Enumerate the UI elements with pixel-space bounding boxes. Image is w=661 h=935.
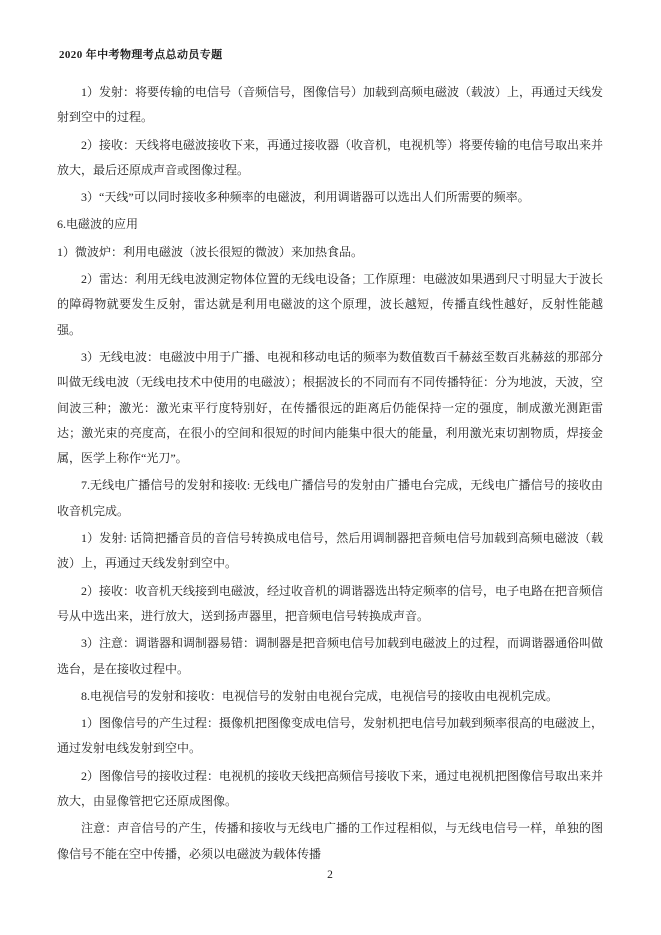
para-microwave-oven: 1）微波炉：利用电磁波（波长很短的微波）来加热食品。 xyxy=(57,240,603,265)
para-image-signal-generation: 1）图像信号的产生过程：摄像机把图像变成电信号，发射机把电信号加载到频率很高的电… xyxy=(57,711,603,762)
para-tuner-modulator-note: 3）注意：调谐器和调制器易错：调制器是把音频电信号加载到电磁波上的过程，而调谐器… xyxy=(57,631,603,682)
page-number: 2 xyxy=(57,869,603,881)
para-transmit-definition: 1）发射：将要传输的电信号（音频信号，图像信号）加载到高频电磁波（载波）上，再通… xyxy=(57,80,603,131)
para-broadcast-transmit: 1）发射: 话筒把播音员的音信号转换成电信号，然后用调制器把音频电信号加载到高频… xyxy=(57,526,603,577)
heading-radio-broadcast: 7.无线电广播信号的发射和接收: 无线电广播信号的发射由广播电台完成，无线电广播… xyxy=(57,473,603,524)
para-receive-definition: 2）接收：天线将电磁波接收下来，再通过接收器（收音机，电视机等）将要传输的电信号… xyxy=(57,133,603,184)
para-radar: 2）雷达：利用无线电波测定物体位置的无线电设备；工作原理：电磁波如果遇到尺寸明显… xyxy=(57,267,603,343)
para-broadcast-receive: 2）接收：收音机天线接到电磁波，经过收音机的调谐器选出特定频率的信号，电子电路在… xyxy=(57,579,603,630)
document-header-title: 2020 年中考物理考点总动员专题 xyxy=(59,46,223,62)
heading-em-wave-applications: 6.电磁波的应用 xyxy=(57,212,603,237)
para-radio-waves-and-laser: 3）无线电波：电磁波中用于广播、电视和移动电话的频率为数值数百千赫兹至数百兆赫兹… xyxy=(57,345,603,471)
para-image-signal-reception: 2）图像信号的接收过程：电视机的接收天线把高频信号接收下来，通过电视机把图像信号… xyxy=(57,764,603,815)
document-page: 2020 年中考物理考点总动员专题 1）发射：将要传输的电信号（音频信号，图像信… xyxy=(0,0,661,935)
para-antenna-note: 3）“天线”可以同时接收多种频率的电磁波，利用调谐器可以选出人们所需要的频率。 xyxy=(57,185,603,210)
para-sound-signal-note: 注意：声音信号的产生，传播和接收与无线电广播的工作过程相似，与无线电信号一样，单… xyxy=(57,816,603,867)
document-body: 1）发射：将要传输的电信号（音频信号，图像信号）加载到高频电磁波（载波）上，再通… xyxy=(57,80,603,869)
heading-tv-signal: 8.电视信号的发射和接收：电视信号的发射由电视台完成，电视信号的接收由电视机完成… xyxy=(57,684,603,709)
